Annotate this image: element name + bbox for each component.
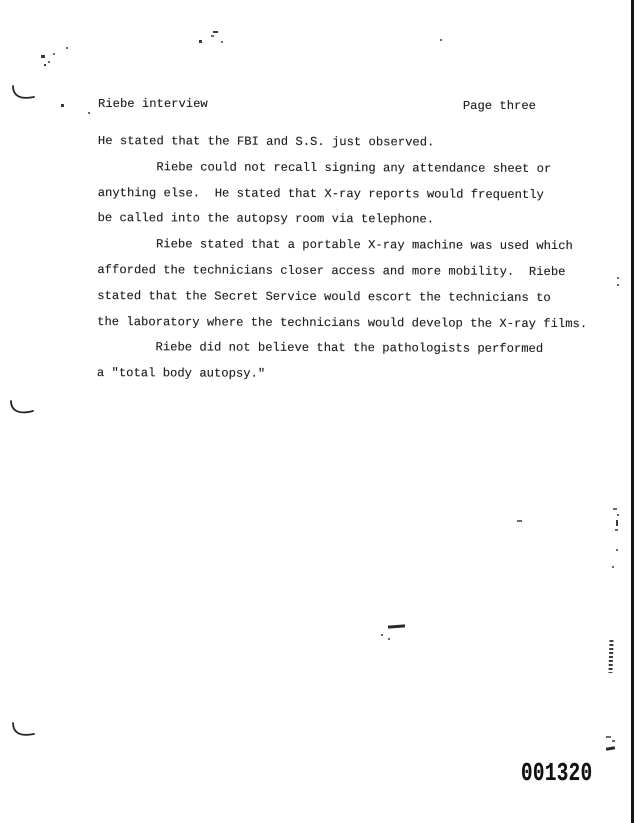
scan-speck [612,740,615,742]
scanned-document-page: Riebe interview Page three He stated tha… [0,0,637,823]
body-line: be called into the autopsy room via tele… [98,206,618,234]
scan-speck [440,39,442,41]
scan-speck [44,64,46,66]
scan-speck [213,31,218,33]
scan-speck [221,41,223,43]
pen-dash-mark [388,624,405,628]
body-line: a "total body autopsy." [97,361,617,389]
header-page-number: Page three [463,98,536,114]
scan-speck [88,112,90,114]
scan-speck [199,40,202,43]
scan-speck [612,566,614,568]
scan-speck [61,104,64,107]
scan-speck [613,508,617,510]
scan-speck [606,736,611,738]
scan-speck [388,638,390,640]
scan-speck [66,47,68,49]
punch-hole-arc [11,721,37,740]
body-line: stated that the Secret Service would esc… [97,284,617,312]
scan-speck [211,35,214,37]
body-line: Riebe could not recall signing any atten… [98,155,618,183]
scan-speck [381,634,383,636]
document-header: Riebe interview Page three [98,96,536,112]
scan-edge-line [631,0,634,823]
punch-hole-arc [11,84,37,103]
bates-stamp-number: 001320 [521,758,593,788]
scan-speck [615,529,618,531]
punch-hole-arc [9,399,35,418]
scan-squiggle-artifact [608,640,613,673]
body-line: anything else. He stated that X-ray repo… [98,181,618,209]
scan-speck [517,520,522,522]
body-line: He stated that the FBI and S.S. just obs… [98,129,618,157]
scan-speck [616,549,618,551]
body-text: He stated that the FBI and S.S. just obs… [97,129,618,389]
body-line: afforded the technicians closer access a… [97,258,617,286]
scan-speck [616,520,618,526]
body-line: Riebe stated that a portable X-ray machi… [97,232,617,260]
scan-speck [41,55,45,58]
scan-speck [617,514,619,516]
scan-speck [53,53,55,55]
scan-speck [48,61,50,63]
header-title: Riebe interview [98,96,208,112]
body-line: Riebe did not believe that the pathologi… [97,335,617,363]
body-line: the laboratory where the technicians wou… [97,310,617,338]
pen-dash-mark [606,746,615,751]
